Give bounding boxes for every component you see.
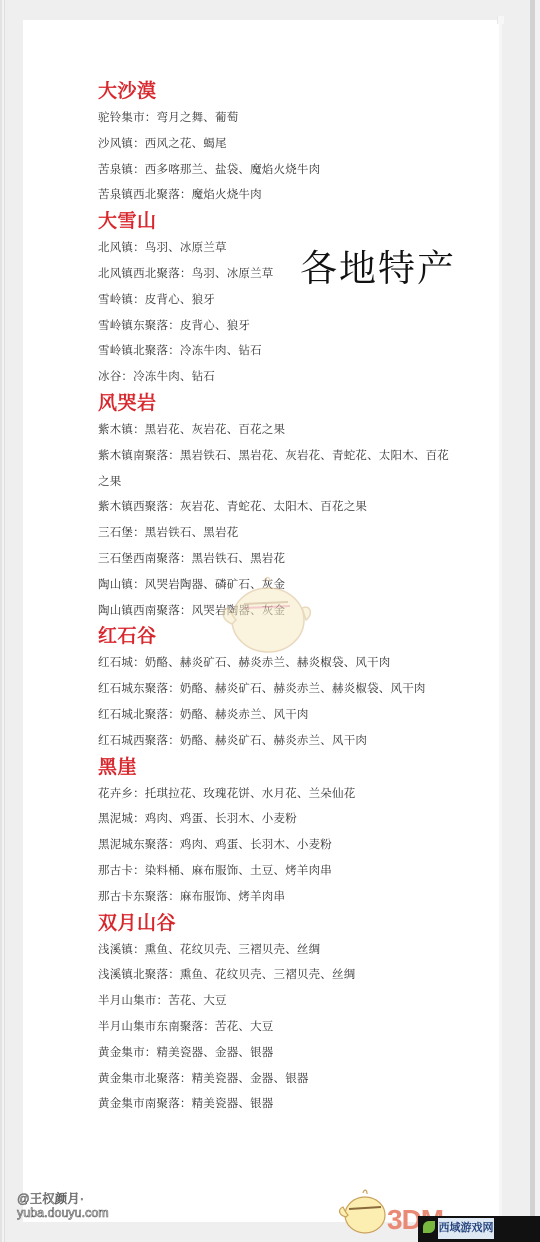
section-feng-ku-yan: 风哭岩 紫木镇：黑岩花、灰岩花、百花之果 紫木镇南聚落：黑岩铁石、黑岩花、灰岩花… [98, 390, 458, 623]
section-da-xue-shan: 大雪山 北风镇：鸟羽、冰原兰草 北风镇西北聚落：鸟羽、冰原兰草 雪岭镇：皮背心、… [98, 208, 458, 390]
list-item: 黄金集市北聚落：精美瓷器、金器、银器 [98, 1066, 458, 1092]
list-item: 陶山镇西南聚落：风哭岩陶器、灰金 [98, 598, 458, 624]
section-hong-shi-gu: 红石谷 红石城：奶酪、赫炎矿石、赫炎赤兰、赫炎椒袋、风干肉 红石城东聚落：奶酪、… [98, 623, 458, 753]
list-item: 那古卡东聚落：麻布服饰、烤羊肉串 [98, 884, 458, 910]
list-item: 雪岭镇北聚落：冷冻牛肉、钻石 [98, 338, 458, 364]
site-logo: 3DM 西域游戏网 [335, 1189, 540, 1242]
list-item: 浅溪镇：熏鱼、花纹贝壳、三褶贝壳、丝绸 [98, 937, 458, 963]
credit-site: yuba.douyu.com [17, 1206, 109, 1220]
credit-author: @王权颜月· [17, 1192, 109, 1206]
list-item: 浅溪镇北聚落：熏鱼、花纹贝壳、三褶贝壳、丝绸 [98, 962, 458, 988]
section-heading: 黑崖 [98, 754, 458, 780]
list-item: 红石城北聚落：奶酪、赫炎赤兰、风干肉 [98, 702, 458, 728]
right-border [535, 0, 540, 1242]
list-item: 黑泥城：鸡肉、鸡蛋、长羽木、小麦粉 [98, 806, 458, 832]
list-item: 雪岭镇东聚落：皮背心、狼牙 [98, 313, 458, 339]
section-heading: 双月山谷 [98, 910, 458, 936]
list-item: 花卉乡：托琪拉花、玫瑰花饼、水月花、兰朵仙花 [98, 781, 458, 807]
list-item: 苦泉镇：西多喀那兰、盐袋、魔焰火烧牛肉 [98, 157, 458, 183]
partner-logo-label: 西域游戏网 [438, 1218, 494, 1239]
leaf-icon [423, 1221, 435, 1233]
section-shuang-yue-shan-gu: 双月山谷 浅溪镇：熏鱼、花纹贝壳、三褶贝壳、丝绸 浅溪镇北聚落：熏鱼、花纹贝壳、… [98, 910, 458, 1118]
title-stamp: 各地特产 [300, 238, 456, 292]
section-heading: 风哭岩 [98, 390, 458, 416]
specialty-list: 大沙漠 驼铃集市：弯月之舞、葡萄 沙风镇：西风之花、蝎尾 苦泉镇：西多喀那兰、盐… [98, 78, 458, 1117]
list-item: 黄金集市：精美瓷器、金器、银器 [98, 1040, 458, 1066]
source-credit: @王权颜月· yuba.douyu.com [17, 1192, 109, 1220]
list-item: 黄金集市南聚落：精美瓷器、银器 [98, 1091, 458, 1117]
left-border [0, 0, 7, 1242]
list-item: 半月山集市：苦花、大豆 [98, 988, 458, 1014]
section-heading: 红石谷 [98, 623, 458, 649]
list-item: 紫木镇西聚落：灰岩花、青蛇花、太阳木、百花之果 [98, 494, 458, 520]
list-item: 沙风镇：西风之花、蝎尾 [98, 131, 458, 157]
list-item: 半月山集市东南聚落：苦花、大豆 [98, 1014, 458, 1040]
list-item: 红石城东聚落：奶酪、赫炎矿石、赫炎赤兰、赫炎椒袋、风干肉 [98, 676, 458, 702]
list-item: 红石城西聚落：奶酪、赫炎矿石、赫炎赤兰、风干肉 [98, 728, 458, 754]
list-item: 紫木镇：黑岩花、灰岩花、百花之果 [98, 417, 458, 443]
section-heading: 大雪山 [98, 208, 458, 234]
section-da-sha-mo: 大沙漠 驼铃集市：弯月之舞、葡萄 沙风镇：西风之花、蝎尾 苦泉镇：西多喀那兰、盐… [98, 78, 458, 208]
list-item: 陶山镇：风哭岩陶器、磷矿石、灰金 [98, 572, 458, 598]
list-item: 红石城：奶酪、赫炎矿石、赫炎赤兰、赫炎椒袋、风干肉 [98, 650, 458, 676]
chick-logo-icon [335, 1189, 391, 1237]
list-item: 三石堡西南聚落：黑岩铁石、黑岩花 [98, 546, 458, 572]
list-item: 那古卡：染料桶、麻布服饰、土豆、烤羊肉串 [98, 858, 458, 884]
partner-logo-box: 西域游戏网 [418, 1216, 540, 1242]
list-item: 紫木镇南聚落：黑岩铁石、黑岩花、灰岩花、青蛇花、太阳木、百花之果 [98, 443, 450, 495]
list-item: 黑泥城东聚落：鸡肉、鸡蛋、长羽木、小麦粉 [98, 832, 458, 858]
card-corner [497, 16, 504, 24]
section-heading: 大沙漠 [98, 78, 458, 104]
list-item: 冰谷：冷冻牛肉、钻石 [98, 364, 458, 390]
list-item: 苦泉镇西北聚落：魔焰火烧牛肉 [98, 182, 458, 208]
section-hei-ya: 黑崖 花卉乡：托琪拉花、玫瑰花饼、水月花、兰朵仙花 黑泥城：鸡肉、鸡蛋、长羽木、… [98, 754, 458, 910]
list-item: 三石堡：黑岩铁石、黑岩花 [98, 520, 458, 546]
list-item: 驼铃集市：弯月之舞、葡萄 [98, 105, 458, 131]
